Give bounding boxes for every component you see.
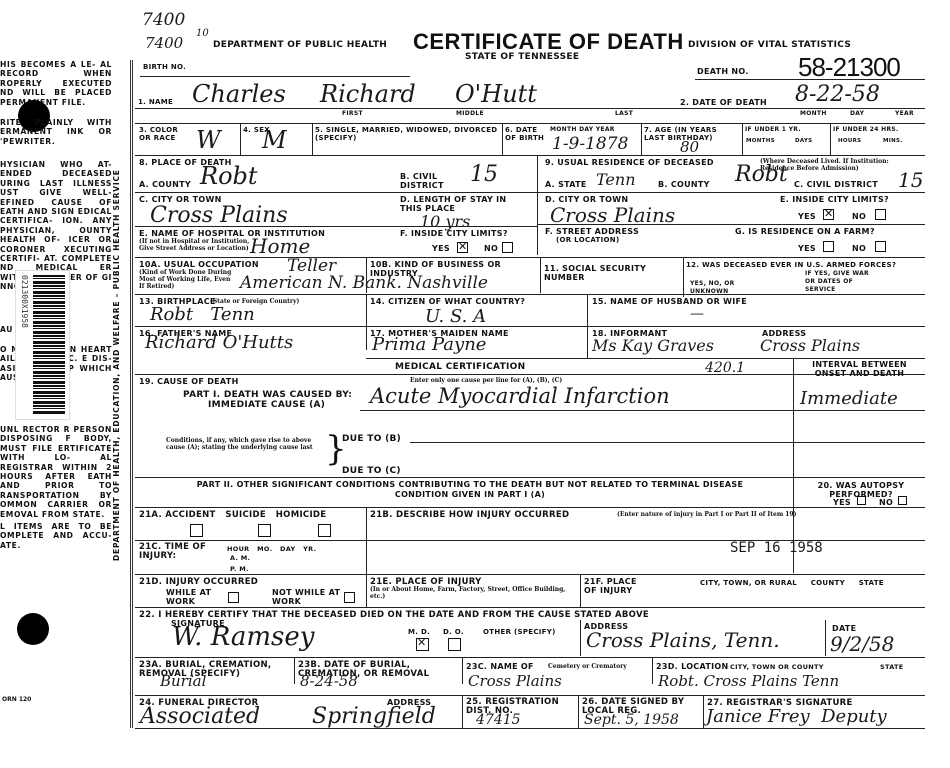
armed-label: 12. WAS DECEASED EVER IN U.S. ARMED FORC… bbox=[686, 261, 896, 269]
injury-occurred-label: 21D. INJURY OCCURRED bbox=[139, 577, 258, 587]
due-to-c-label: DUE TO (C) bbox=[342, 466, 401, 476]
immediate-label: IMMEDIATE CAUSE (A) bbox=[208, 400, 325, 410]
color-value: W bbox=[196, 126, 221, 154]
citizen-label: 14. CITIZEN OF WHAT COUNTRY? bbox=[370, 297, 525, 306]
form-number: ORN 120 bbox=[2, 696, 31, 703]
months-label: MONTHS bbox=[746, 138, 775, 144]
homicide-checkbox[interactable] bbox=[318, 524, 331, 537]
name-first: Charles bbox=[192, 80, 286, 108]
suicide-checkbox[interactable] bbox=[258, 524, 271, 537]
injury-time-columns: HOUR MO. DAY YR. bbox=[227, 545, 316, 553]
v26 bbox=[703, 695, 704, 728]
res-limits-yes-label: YES bbox=[798, 212, 816, 221]
v6 bbox=[830, 123, 831, 155]
v22a bbox=[580, 620, 581, 656]
row-22-top bbox=[135, 607, 925, 608]
department-label: DEPARTMENT OF PUBLIC HEALTH bbox=[213, 40, 387, 50]
registration-dist-value: 47415 bbox=[476, 712, 521, 728]
file-number-3: 7400 bbox=[145, 34, 183, 52]
interval-label: INTERVAL BETWEEN ONSET AND DEATH bbox=[797, 360, 922, 378]
md-label: M. D. bbox=[408, 628, 430, 636]
v2 bbox=[312, 123, 313, 155]
date-signed-value: Sept. 5, 1958 bbox=[584, 712, 679, 728]
pod-limits-no-label: NO bbox=[484, 244, 498, 253]
color-label: 3. COLOR OR RACE bbox=[139, 126, 181, 142]
mother-value: Prima Payne bbox=[372, 334, 486, 355]
row-10-top bbox=[135, 257, 925, 258]
med-top bbox=[366, 358, 925, 359]
cemetery-note: Cemetery or Crematory bbox=[548, 663, 627, 670]
birthplace-value: Robt Tenn bbox=[150, 304, 255, 325]
under24-label: IF UNDER 24 HRS. bbox=[833, 126, 899, 133]
registrar-signature: Janice Frey Deputy bbox=[706, 706, 887, 727]
res-farm-yes-label: YES bbox=[798, 244, 816, 253]
due-to-b-label: DUE TO (B) bbox=[342, 434, 401, 444]
injury-type-label: 21A. ACCIDENT SUICIDE HOMICIDE bbox=[139, 510, 326, 520]
date-of-death-value: 8-22-58 bbox=[795, 82, 880, 107]
sex-value: M bbox=[262, 126, 287, 154]
spouse-label: 15. NAME OF HUSBAND OR WIFE bbox=[592, 297, 747, 306]
spouse-value: — bbox=[690, 306, 704, 322]
row-24-top bbox=[135, 695, 925, 696]
row-13-top bbox=[135, 294, 925, 295]
res-district-value: 15 bbox=[898, 168, 923, 192]
date-of-death-label: 2. DATE OF DEATH bbox=[680, 98, 767, 107]
v-8-9 bbox=[537, 155, 538, 255]
marital-label: 5. SINGLE, MARRIED, WIDOWED, DIVORCED (S… bbox=[315, 126, 505, 142]
name-middle: Richard bbox=[320, 80, 416, 108]
do-checkbox[interactable] bbox=[448, 638, 461, 651]
part1-label: PART I. DEATH WAS CAUSED BY: bbox=[183, 390, 352, 400]
res-state-value: Tenn bbox=[596, 170, 636, 189]
accident-checkbox[interactable] bbox=[190, 524, 203, 537]
enter-note: Enter only one cause per line for (A), (… bbox=[410, 377, 562, 384]
barcode-number: 021300X1958 bbox=[20, 275, 29, 415]
injury-time-label: 21C. TIME OF INJURY: bbox=[139, 543, 219, 561]
res-limits-label: E. INSIDE CITY LIMITS? bbox=[780, 195, 889, 204]
res-limits-yes-checkbox[interactable] bbox=[823, 209, 834, 220]
res-farm-no-label: NO bbox=[852, 244, 866, 253]
division-label: DIVISION OF VITAL STATISTICS bbox=[688, 40, 851, 50]
instructions-director: UNL RECTOR R PERSON DISPOSING F BODY, MU… bbox=[0, 425, 112, 519]
row-2-top bbox=[135, 123, 925, 124]
armed-war-label: IF YES, GIVE WAR OR DATES OF SERVICE bbox=[805, 270, 875, 294]
occupation-label: 10A. USUAL OCCUPATION bbox=[139, 260, 259, 269]
v5 bbox=[742, 123, 743, 155]
row-16-top bbox=[135, 326, 925, 327]
pod-district-label: B. CIVIL DISTRICT bbox=[400, 172, 460, 190]
certify-date-value: 9/2/58 bbox=[830, 632, 894, 656]
side-department-label: DEPARTMENT OF HEALTH, EDUCATION, AND WEL… bbox=[112, 150, 130, 580]
v12 bbox=[683, 257, 684, 297]
dob-sub-label: MONTH DAY YEAR bbox=[550, 126, 615, 133]
row-23-top bbox=[135, 657, 925, 658]
v25 bbox=[578, 695, 579, 728]
row-19-top bbox=[135, 374, 925, 375]
under1-label: IF UNDER 1 YR. bbox=[745, 126, 801, 133]
pod-limits-yes-checkbox[interactable] bbox=[457, 242, 468, 253]
do-label: D. O. bbox=[443, 628, 464, 636]
days-label: DAYS bbox=[795, 138, 812, 144]
while-at-work-checkbox[interactable] bbox=[228, 592, 239, 603]
name-last: O'Hutt bbox=[455, 80, 537, 108]
l9d bbox=[537, 224, 925, 225]
form-bottom bbox=[135, 728, 925, 729]
line-c bbox=[135, 477, 925, 478]
interval-value: Immediate bbox=[800, 388, 898, 409]
injury-place-note: (In or About Home, Farm, Factory, Street… bbox=[370, 586, 580, 600]
res-district-label: C. CIVIL DISTRICT bbox=[794, 180, 878, 189]
v11 bbox=[540, 257, 541, 293]
last-label: LAST bbox=[615, 110, 633, 117]
l8a bbox=[135, 192, 537, 193]
burial-type-value: Burial bbox=[160, 672, 206, 690]
row-21-top bbox=[135, 507, 925, 508]
pm-label: P. M. bbox=[230, 565, 249, 573]
barcode: 021300X1958 bbox=[15, 270, 70, 420]
cause-label: 19. CAUSE OF DEATH bbox=[139, 377, 239, 386]
pod-county-label: A. COUNTY bbox=[139, 180, 191, 189]
business-value: American N. Bank. Nashville bbox=[240, 273, 488, 293]
res-farm-label: G. IS RESIDENCE ON A FARM? bbox=[735, 227, 875, 236]
injury-describe-label: 21B. DESCRIBE HOW INJURY OCCURRED bbox=[370, 510, 569, 520]
pod-county-value: Robt bbox=[200, 162, 258, 190]
row-3-top bbox=[135, 155, 925, 156]
res-street-sub: (OR LOCATION) bbox=[556, 236, 619, 244]
residence-label: 9. USUAL RESIDENCE OF DECEASED bbox=[545, 158, 714, 167]
v3 bbox=[502, 123, 503, 155]
received-stamp: SEP 16 1958 bbox=[730, 540, 823, 556]
v24 bbox=[462, 695, 463, 728]
age-value: 80 bbox=[680, 138, 699, 156]
state-label: STATE OF TENNESSEE bbox=[465, 52, 579, 62]
injury-describe-note: (Enter nature of injury in Part I or Par… bbox=[617, 511, 796, 518]
v1 bbox=[240, 123, 241, 155]
pod-limits-no-checkbox[interactable] bbox=[502, 242, 513, 253]
v4 bbox=[641, 123, 642, 155]
instructions-ink: RITE PLAINLY WITH ERMANENT INK OR 'PEWRI… bbox=[0, 118, 112, 146]
occupation-note: (Kind of Work Done During Most of Workin… bbox=[139, 269, 234, 290]
autopsy-no-checkbox[interactable] bbox=[898, 496, 907, 505]
hours-label: HOURS bbox=[838, 138, 861, 144]
first-label: FIRST bbox=[342, 110, 363, 117]
medical-heading: MEDICAL CERTIFICATION bbox=[395, 362, 525, 372]
pod-hospital-note: (If not in Hospital or Institution, Give… bbox=[139, 238, 254, 252]
md-checkbox[interactable] bbox=[416, 638, 429, 651]
year-label: YEAR bbox=[895, 110, 914, 117]
autopsy-yes-label: YES bbox=[833, 498, 851, 507]
res-county-value: Robt bbox=[735, 162, 788, 187]
birth-no-line bbox=[140, 76, 410, 77]
v23b bbox=[462, 657, 463, 684]
file-number-2: 10 bbox=[196, 28, 209, 39]
pod-stay-label: D. LENGTH OF STAY IN THIS PLACE bbox=[400, 195, 530, 213]
row-21d-top bbox=[135, 574, 925, 575]
row-name-line bbox=[135, 108, 925, 109]
pod-city-value: Cross Plains bbox=[150, 203, 288, 228]
pod-hospital-value: Home bbox=[250, 234, 310, 258]
conditions-note: Conditions, if any, which gave rise to a… bbox=[166, 437, 321, 451]
v21f bbox=[580, 574, 581, 607]
while-at-work-label: WHILE AT WORK bbox=[166, 588, 221, 606]
v16 bbox=[587, 326, 588, 358]
v14 bbox=[587, 294, 588, 326]
l8c bbox=[135, 226, 537, 227]
physician-signature: W. Ramsey bbox=[172, 622, 314, 652]
v23a bbox=[294, 657, 295, 684]
burial-date-value: 8-24-58 bbox=[300, 672, 358, 690]
barcode-bars bbox=[33, 275, 65, 415]
file-number-1: 7400 bbox=[142, 10, 185, 30]
birth-no-label: BIRTH NO. bbox=[143, 63, 186, 71]
mins-label: MINS. bbox=[883, 138, 903, 144]
pod-limits-label: F. INSIDE CITY LIMITS? bbox=[400, 229, 508, 238]
res-limits-no-label: NO bbox=[852, 212, 866, 221]
month-label: MONTH bbox=[800, 110, 827, 117]
pod-limits-yes-label: YES bbox=[432, 244, 450, 253]
line-b bbox=[410, 442, 925, 443]
ssn-label: 11. SOCIAL SECURITY NUMBER bbox=[544, 264, 674, 282]
res-farm-yes-checkbox[interactable] bbox=[823, 241, 834, 252]
autopsy-yes-checkbox[interactable] bbox=[857, 496, 866, 505]
v22b bbox=[825, 620, 826, 656]
res-street-label: F. STREET ADDRESS bbox=[545, 227, 639, 236]
injury-place-f-columns: CITY, TOWN, OR RURAL COUNTY STATE bbox=[700, 579, 884, 587]
funeral-director-value: Associated bbox=[140, 704, 260, 729]
other-label: OTHER (SPECIFY) bbox=[483, 628, 556, 636]
location-columns: CITY, TOWN OR COUNTY bbox=[730, 663, 824, 671]
v23c bbox=[652, 657, 653, 684]
informant-value: Ms Kay Graves bbox=[592, 336, 714, 355]
line-a bbox=[360, 410, 925, 411]
citizen-value: U. S. A bbox=[425, 306, 486, 327]
dob-label: 6. DATE OF BIRTH bbox=[505, 126, 545, 142]
location-state-label: STATE bbox=[880, 663, 904, 671]
location-value: Robt. Cross Plains Tenn bbox=[658, 672, 839, 690]
informant-address-value: Cross Plains bbox=[760, 336, 860, 355]
instructions-legal-record: HIS BECOMES A LE- AL RECORD WHEN ROPERLY… bbox=[0, 60, 112, 107]
v21 bbox=[366, 507, 367, 607]
certify-address-value: Cross Plains, Tenn. bbox=[586, 628, 780, 652]
res-state-label: A. STATE bbox=[545, 180, 587, 189]
cemetery-value: Cross Plains bbox=[468, 672, 562, 690]
day-label: DAY bbox=[850, 110, 864, 117]
res-limits-no-checkbox[interactable] bbox=[875, 209, 886, 220]
cemetery-label: 23C. NAME OF bbox=[466, 662, 534, 671]
name-label: 1. NAME bbox=[138, 98, 173, 106]
dob-value: 1-9-1878 bbox=[552, 134, 628, 154]
death-no-label: DEATH NO. bbox=[697, 67, 749, 76]
immediate-cause-value: Acute Myocardial Infarction bbox=[370, 384, 670, 408]
injury-place-f-label: 21F. PLACE OF INJURY bbox=[584, 577, 639, 595]
instructions-complete: L ITEMS ARE TO BE OMPLETE AND ACCU- ATE. bbox=[0, 522, 112, 550]
l9a bbox=[537, 192, 925, 193]
father-value: Richard O'Hutts bbox=[145, 332, 293, 353]
not-while-at-work-checkbox[interactable] bbox=[344, 592, 355, 603]
punch-hole-bottom bbox=[17, 613, 49, 645]
v13 bbox=[366, 294, 367, 350]
part2-label: PART II. OTHER SIGNIFICANT CONDITIONS CO… bbox=[180, 480, 760, 500]
death-no-line bbox=[695, 79, 925, 80]
location-label: 23D. LOCATION bbox=[656, 662, 728, 671]
funeral-address-value: Springfield bbox=[312, 704, 436, 729]
res-county-label: B. COUNTY bbox=[658, 180, 710, 189]
not-while-at-work-label: NOT WHILE AT WORK bbox=[272, 588, 342, 606]
am-label: A. M. bbox=[230, 554, 250, 562]
res-farm-no-checkbox[interactable] bbox=[875, 241, 886, 252]
middle-label: MIDDLE bbox=[456, 110, 484, 117]
autopsy-no-label: NO bbox=[879, 498, 893, 507]
pod-district-value: 15 bbox=[470, 162, 498, 187]
